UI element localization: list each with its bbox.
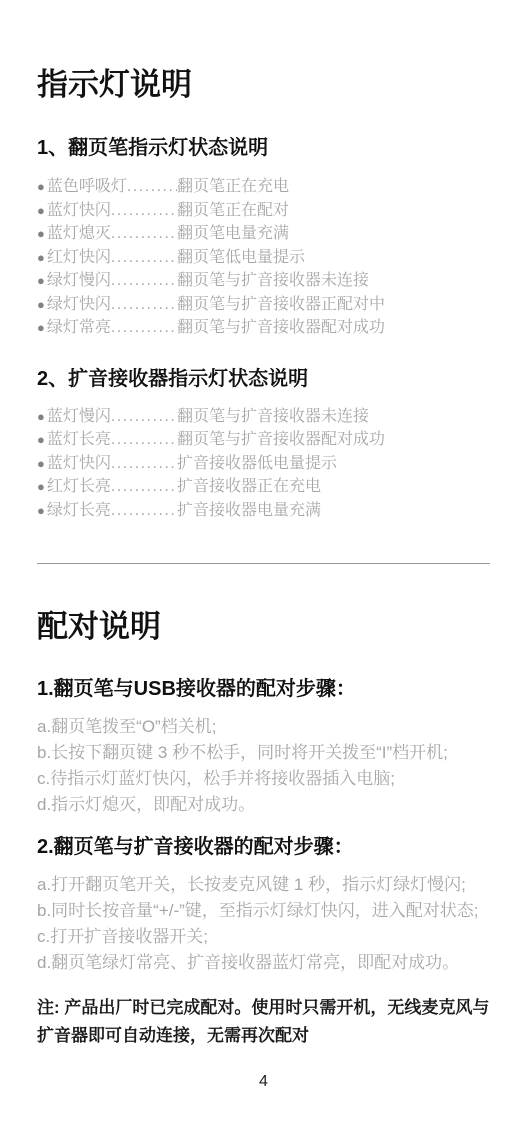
pairing-step: d.翻页笔绿灯常亮、扩音接收器蓝灯常亮，即配对成功。: [37, 950, 490, 976]
indicator-desc: 翻页笔正在配对: [177, 199, 289, 223]
indicator-desc: 翻页笔与扩音接收器配对成功: [177, 428, 385, 452]
indicator-label: 蓝色呼吸灯: [47, 175, 127, 199]
bullet-icon: ●: [37, 452, 45, 476]
section-divider: [37, 563, 490, 564]
indicator-label: 蓝灯快闪: [47, 199, 111, 223]
dot-leader: ........................................…: [111, 428, 177, 452]
dot-leader: ........................................…: [111, 199, 177, 223]
indicator-label: 蓝灯长亮: [47, 428, 111, 452]
dot-leader: ........................................…: [111, 499, 177, 523]
indicator-desc: 翻页笔电量充满: [177, 222, 289, 246]
pairing-steps-receiver: a.打开翻页笔开关，长按麦克风键 1 秒，指示灯绿灯慢闪; b.同时长按音量“+…: [37, 872, 490, 976]
pairing-section2-heading: 2.翻页笔与扩音接收器的配对步骤：: [37, 834, 490, 860]
page-number: 4: [37, 1072, 490, 1092]
indicator-label: 蓝灯熄灭: [47, 222, 111, 246]
pairing-step: c.打开扩音接收器开关;: [37, 924, 490, 950]
dot-leader: ........................................…: [111, 269, 177, 293]
indicator-desc: 扩音接收器正在充电: [177, 475, 321, 499]
indicator-list-receiver: ●蓝灯慢闪...................................…: [37, 405, 490, 523]
indicator-desc: 扩音接收器低电量提示: [177, 452, 337, 476]
factory-pairing-note: 注: 产品出厂时已完成配对。使用时只需开机，无线麦克风与扩音器即可自动连接，无需…: [37, 994, 490, 1050]
indicator-row: ●蓝灯慢闪...................................…: [37, 405, 490, 429]
indicator-desc: 翻页笔与扩音接收器未连接: [177, 405, 369, 429]
indicator-desc: 翻页笔正在充电: [177, 175, 289, 199]
bullet-icon: ●: [37, 199, 45, 223]
indicator-row: ●蓝灯长亮...................................…: [37, 428, 490, 452]
bullet-icon: ●: [37, 246, 45, 270]
indicator-label: 绿灯长亮: [47, 499, 111, 523]
indicator-desc: 扩音接收器电量充满: [177, 499, 321, 523]
pairing-step: a.翻页笔拨至“O”档关机;: [37, 714, 490, 740]
bullet-icon: ●: [37, 499, 45, 523]
indicator-label: 蓝灯慢闪: [47, 405, 111, 429]
indicator-row: ●红灯快闪...................................…: [37, 246, 490, 270]
dot-leader: ........................................…: [111, 222, 177, 246]
indicator-label: 绿灯快闪: [47, 293, 111, 317]
manual-page: 指示灯说明 1、翻页笔指示灯状态说明 ●蓝色呼吸灯...............…: [0, 0, 527, 1122]
indicator-row: ●蓝灯熄灭...................................…: [37, 222, 490, 246]
dot-leader: ........................................…: [111, 293, 177, 317]
pairing-section1-heading: 1.翻页笔与USB接收器的配对步骤：: [37, 676, 490, 702]
indicator-label: 绿灯慢闪: [47, 269, 111, 293]
indicator-desc: 翻页笔低电量提示: [177, 246, 305, 270]
indicator-label: 红灯快闪: [47, 246, 111, 270]
pairing-step: b.长按下翻页键 3 秒不松手，同时将开关拨至“I”档开机;: [37, 740, 490, 766]
indicator-row: ●蓝灯快闪...................................…: [37, 452, 490, 476]
bullet-icon: ●: [37, 475, 45, 499]
bullet-icon: ●: [37, 175, 45, 199]
dot-leader: ........................................…: [111, 246, 177, 270]
indicator-desc: 翻页笔与扩音接收器正配对中: [177, 293, 385, 317]
indicator-row: ●绿灯快闪...................................…: [37, 293, 490, 317]
bullet-icon: ●: [37, 316, 45, 340]
indicator-label: 蓝灯快闪: [47, 452, 111, 476]
indicator-row: ●蓝色呼吸灯..................................…: [37, 175, 490, 199]
pairing-step: a.打开翻页笔开关，长按麦克风键 1 秒，指示灯绿灯慢闪;: [37, 872, 490, 898]
pairing-step: d.指示灯熄灭，即配对成功。: [37, 792, 490, 818]
dot-leader: ........................................…: [111, 452, 177, 476]
indicator-doc-title: 指示灯说明: [37, 66, 490, 103]
indicator-row: ●绿灯慢闪...................................…: [37, 269, 490, 293]
dot-leader: ........................................…: [111, 475, 177, 499]
bullet-icon: ●: [37, 269, 45, 293]
indicator-row: ●绿灯常亮...................................…: [37, 316, 490, 340]
bullet-icon: ●: [37, 405, 45, 429]
indicator-label: 绿灯常亮: [47, 316, 111, 340]
bullet-icon: ●: [37, 428, 45, 452]
indicator-section1-heading: 1、翻页笔指示灯状态说明: [37, 135, 490, 161]
dot-leader: ........................................…: [111, 316, 177, 340]
bullet-icon: ●: [37, 222, 45, 246]
indicator-row: ●绿灯长亮...................................…: [37, 499, 490, 523]
bullet-icon: ●: [37, 293, 45, 317]
indicator-desc: 翻页笔与扩音接收器未连接: [177, 269, 369, 293]
pairing-steps-usb: a.翻页笔拨至“O”档关机; b.长按下翻页键 3 秒不松手，同时将开关拨至“I…: [37, 714, 490, 818]
indicator-label: 红灯长亮: [47, 475, 111, 499]
indicator-row: ●蓝灯快闪...................................…: [37, 199, 490, 223]
indicator-row: ●红灯长亮...................................…: [37, 475, 490, 499]
pairing-doc-title: 配对说明: [37, 608, 490, 645]
pairing-step: c.待指示灯蓝灯快闪，松手并将接收器插入电脑;: [37, 766, 490, 792]
dot-leader: ........................................…: [127, 175, 177, 199]
indicator-list-pen: ●蓝色呼吸灯..................................…: [37, 175, 490, 340]
dot-leader: ........................................…: [111, 405, 177, 429]
pairing-step: b.同时长按音量“+/-”键，至指示灯绿灯快闪，进入配对状态;: [37, 898, 490, 924]
indicator-section2-heading: 2、扩音接收器指示灯状态说明: [37, 366, 490, 392]
indicator-desc: 翻页笔与扩音接收器配对成功: [177, 316, 385, 340]
